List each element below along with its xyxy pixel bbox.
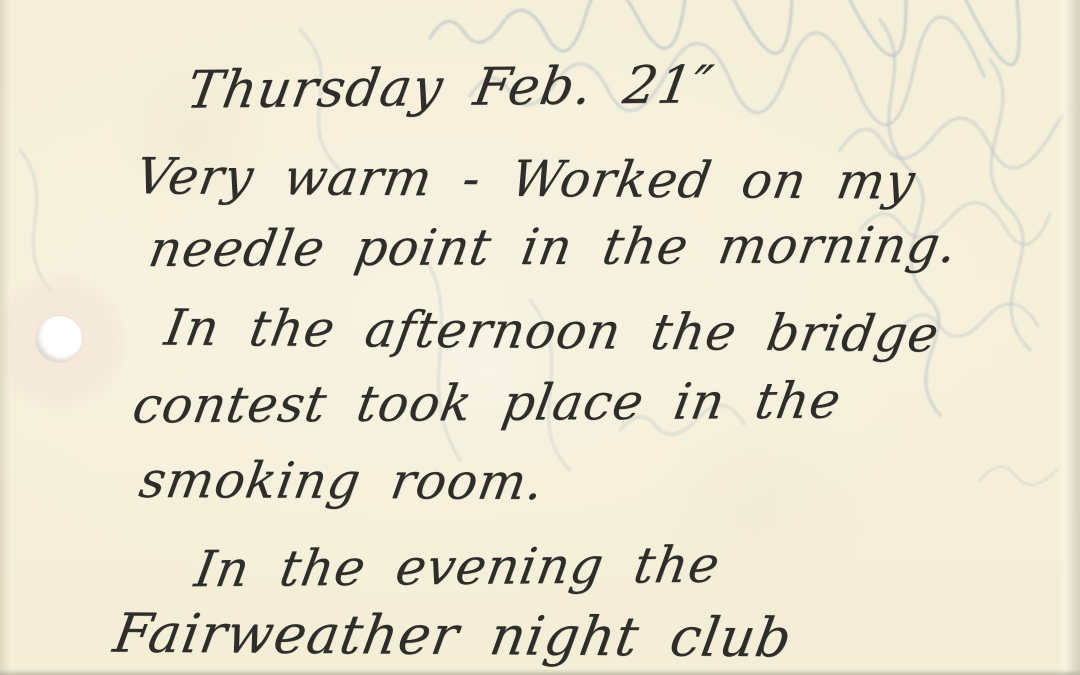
paper-left-edge bbox=[0, 0, 10, 675]
handwritten-line: smoking room. bbox=[135, 451, 548, 511]
paper-right-edge bbox=[1058, 0, 1080, 675]
diary-page: Thursday Feb. 21″ Very warm - Worked on … bbox=[0, 0, 1080, 675]
handwritten-line: Very warm - Worked on my bbox=[132, 147, 920, 210]
paper-bottom-edge bbox=[0, 669, 1080, 675]
diary-entry: Thursday Feb. 21″ Very warm - Worked on … bbox=[0, 0, 1080, 675]
handwritten-line: needle point in the morning. bbox=[145, 216, 962, 278]
handwritten-line: contest took place in the bbox=[129, 372, 846, 435]
handwritten-line-date: Thursday Feb. 21″ bbox=[183, 55, 718, 120]
handwritten-line: In the afternoon the bridge bbox=[161, 299, 944, 364]
handwritten-line: Fairweather night club bbox=[109, 602, 797, 670]
handwritten-line: In the evening the bbox=[191, 536, 725, 599]
